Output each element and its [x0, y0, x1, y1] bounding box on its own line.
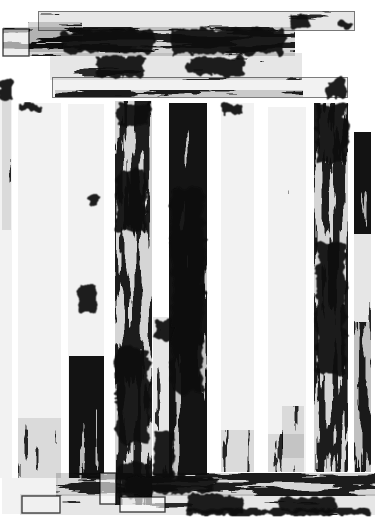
- ink-blob-plank5-cap: [222, 104, 242, 114]
- end-cap-bottom-post: [100, 473, 116, 504]
- ink-blob-board1-knot: [291, 13, 308, 30]
- ink-blob-midplank-foot: [154, 430, 174, 477]
- ink-blob-board4-endcap: [328, 79, 348, 98]
- monoprint-artwork: [0, 0, 375, 522]
- ink-patch-plank8-top: [354, 132, 371, 234]
- ink-blob-plank2-knot: [79, 284, 96, 312]
- ink-blob-board3-right: [187, 57, 244, 76]
- ink-blob-board2-right: [172, 29, 284, 54]
- top-board-3: [50, 53, 302, 80]
- plank-3: [115, 101, 152, 505]
- ink-patch-plank1-foot: [18, 418, 61, 478]
- ink-blob-plank3-lower: [117, 348, 148, 443]
- ink-patch-plank6-mid: [282, 406, 304, 458]
- ink-patch-sliver-streak: [2, 100, 11, 230]
- plank-5: [221, 103, 254, 472]
- ink-blob-board3-left: [96, 56, 143, 77]
- ink-blob-board1-end: [340, 20, 351, 29]
- end-cap-rail-middle: [120, 497, 165, 512]
- ink-patch-plank2-foot: [69, 356, 104, 478]
- end-cap-rail-left: [22, 496, 60, 513]
- ink-blob-plank2-spot: [88, 196, 99, 207]
- ink-blob-plank7-cap: [317, 105, 346, 163]
- ink-blob-sliver-top: [0, 80, 12, 100]
- ink-blob-bottom-edge: [185, 509, 373, 515]
- ink-patch-dash-row: [55, 90, 303, 97]
- ink-blob-midplank-cap: [155, 319, 173, 340]
- ink-blob-rail-smear: [125, 477, 215, 494]
- ink-patch-plank8-bottom: [354, 322, 371, 472]
- ink-patch-plank5-foot: [221, 430, 254, 472]
- ink-blob-plank4-core: [172, 188, 203, 393]
- end-cap-board2-left: [3, 29, 29, 56]
- ink-blob-plank7-core: [317, 242, 345, 374]
- ink-blob-board2-left: [62, 31, 154, 52]
- ink-blob-plank3-cap: [117, 103, 150, 125]
- ink-blob-plank1-cap: [19, 104, 41, 111]
- artwork-canvas: [0, 0, 375, 522]
- ink-blob-plank3-upper: [118, 170, 146, 232]
